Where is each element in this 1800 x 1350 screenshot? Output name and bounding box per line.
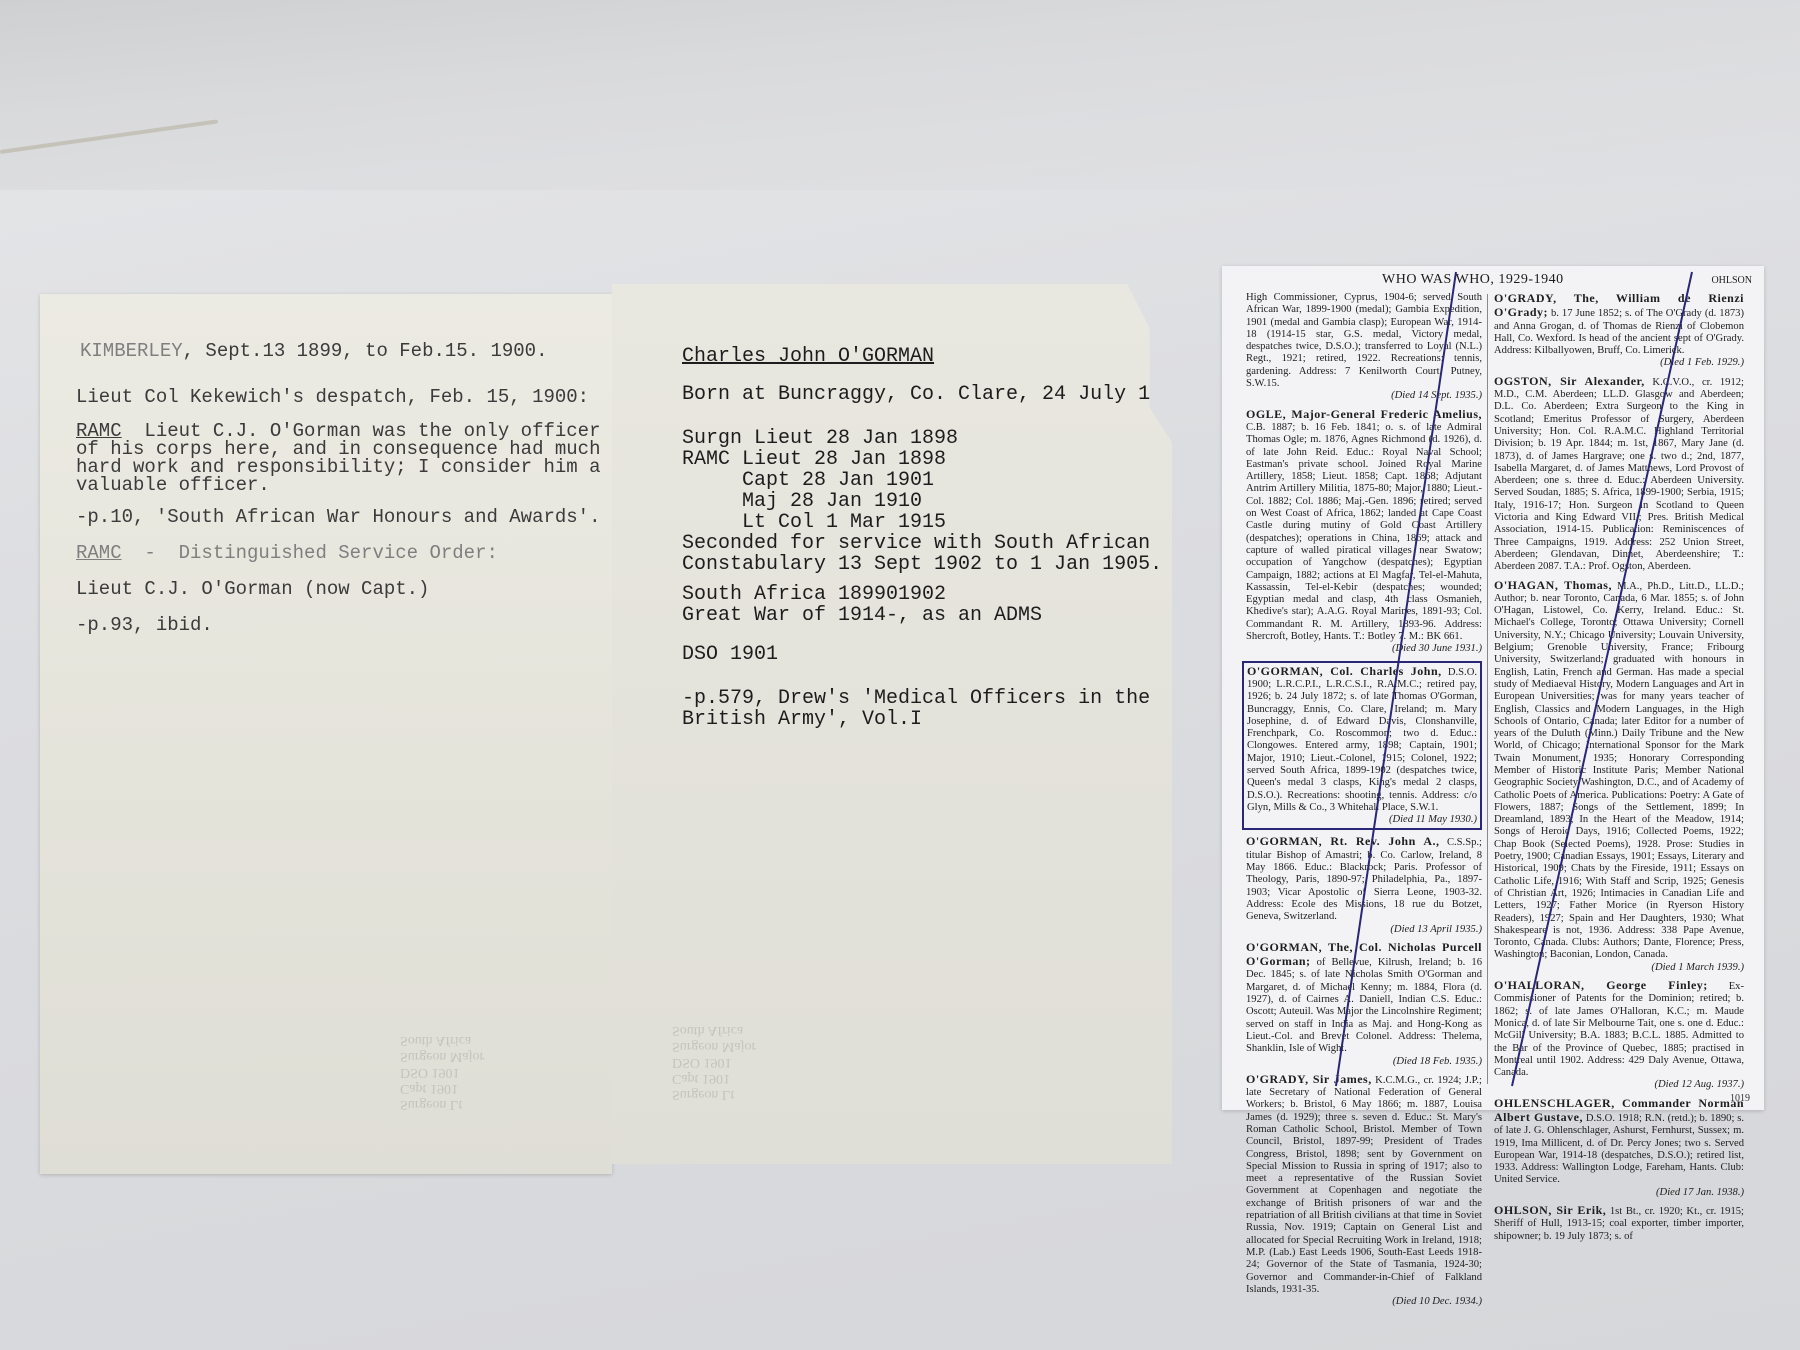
- show-through-line: South Africa: [672, 1023, 743, 1038]
- entry-body: High Commissioner, Cyprus, 1904-6; serve…: [1246, 292, 1482, 389]
- dictionary-entry: OGSTON, Sir Alexander, K.C.V.O., cr. 191…: [1494, 375, 1744, 574]
- entry-death-date: (Died 11 May 1930.): [1247, 814, 1477, 826]
- kimberley-heading: KIMBERLEY, Sept.13 1899, to Feb.15. 1900…: [80, 342, 547, 361]
- entry-body: C.B. 1887; b. 16 Feb. 1841; o. s. of lat…: [1246, 422, 1482, 642]
- award-corps: RAMC: [76, 542, 122, 564]
- show-through-line: Surgeon Lt: [672, 1087, 734, 1102]
- entry-death-date: (Died 1 Feb. 1929.): [1494, 357, 1744, 369]
- show-through-line: DSO 1901: [400, 1065, 460, 1080]
- entry-headword: O'GORMAN, Rt. Rev. John A.,: [1246, 834, 1440, 848]
- service-line: Lt Col 1 Mar 1915: [682, 511, 946, 534]
- citation-line: -p.579, Drew's 'Medical Officers in the: [682, 687, 1150, 710]
- dictionary-entry: O'GRADY, The, William de Rienzi O'Grady;…: [1494, 292, 1744, 370]
- dictionary-entry: OGLE, Major-General Frederic Amelius, C.…: [1246, 408, 1482, 656]
- dictionary-entry: O'GORMAN, Rt. Rev. John A., C.S.Sp.; tit…: [1246, 835, 1482, 935]
- entry-body: M.A., Ph.D., Litt.D., LL.D.; Author; b. …: [1494, 581, 1744, 961]
- campaign-line: South Africa 189901902: [682, 583, 946, 606]
- entry-death-date: (Died 18 Feb. 1935.): [1246, 1056, 1482, 1068]
- entry-body: K.C.V.O., cr. 1912; M.D., C.M. Aberdeen;…: [1494, 377, 1744, 572]
- show-through-line: Surgeon Major: [400, 1049, 484, 1064]
- quote-line: valuable officer.: [76, 474, 270, 496]
- running-head: WHO WAS WHO, 1929-1940 OHLSON: [1222, 272, 1764, 292]
- entry-body: of Bellevue, Kilrush, Ireland; b. 16 Dec…: [1246, 957, 1482, 1054]
- entry-death-date: (Died 13 April 1935.): [1246, 924, 1482, 936]
- who-was-who-page: WHO WAS WHO, 1929-1940 OHLSON High Commi…: [1222, 266, 1764, 1110]
- show-through-line: Surgeon Lt: [400, 1097, 462, 1112]
- dictionary-entry: O'HAGAN, Thomas, M.A., Ph.D., Litt.D., L…: [1494, 579, 1744, 975]
- entry-headword: O'HAGAN, Thomas,: [1494, 578, 1612, 592]
- dictionary-entry: OHLSON, Sir Erik, 1st Bt., cr. 1920; Kt.…: [1494, 1204, 1744, 1243]
- entry-headword: O'HALLORAN, George Finley;: [1494, 978, 1708, 992]
- show-through-line: Capt 1901: [400, 1081, 458, 1096]
- entry-body: K.C.M.G., cr. 1924; J.P.; late Secretary…: [1246, 1075, 1482, 1295]
- entry-headword: O'GORMAN, Col. Charles John,: [1247, 664, 1442, 678]
- drew-citation: -p.579, Drew's 'Medical Officers in the …: [682, 688, 1150, 730]
- entry-headword: OHLSON, Sir Erik,: [1494, 1203, 1606, 1217]
- left-column: High Commissioner, Cyprus, 1904-6; serve…: [1246, 292, 1482, 1313]
- citation-honours: -p.10, 'South African War Honours and Aw…: [76, 508, 601, 527]
- campaigns: South Africa 189901902 Great War of 1914…: [682, 584, 1042, 626]
- show-through-text: Surgeon Lt Capt 1901 DSO 1901 Surgeon Ma…: [400, 1032, 484, 1112]
- service-line: RAMC Lieut 28 Jan 1898: [682, 448, 946, 471]
- citation-ibid: -p.93, ibid.: [76, 616, 213, 635]
- entry-death-date: (Died 14 Sept. 1935.): [1246, 390, 1482, 402]
- entry-body: D.S.O. 1900; L.R.C.P.I., L.R.C.S.I., R.A…: [1247, 667, 1477, 813]
- heading-place: KIMBERLEY: [80, 340, 183, 362]
- show-through-line: South Africa: [400, 1033, 471, 1048]
- dictionary-entry: OHLENSCHLAGER, Commander Norman Albert G…: [1494, 1097, 1744, 1199]
- entry-death-date: (Died 30 June 1931.): [1246, 643, 1482, 655]
- entry-headword: O'GRADY, Sir James,: [1246, 1072, 1372, 1086]
- award-name: Lieut C.J. O'Gorman (now Capt.): [76, 580, 429, 599]
- award-line: RAMC - Distinguished Service Order:: [76, 544, 498, 563]
- service-line: Maj 28 Jan 1910: [682, 490, 922, 513]
- entry-body: Ex-Commissioner of Patents for the Domin…: [1494, 981, 1744, 1078]
- service-line: Surgn Lieut 28 Jan 1898: [682, 427, 958, 450]
- service-line: Capt 28 Jan 1901: [682, 469, 934, 492]
- page-number: 1019: [1730, 1093, 1750, 1104]
- despatch-line: Lieut Col Kekewich's despatch, Feb. 15, …: [76, 388, 589, 407]
- service-line: Constabulary 13 Sept 1902 to 1 Jan 1905.: [682, 553, 1162, 576]
- citation-line: British Army', Vol.I: [682, 708, 922, 731]
- show-through-line: Capt 1901: [672, 1071, 730, 1086]
- dictionary-entry: O'GRADY, Sir James, K.C.M.G., cr. 1924; …: [1246, 1073, 1482, 1309]
- entry-death-date: (Died 1 March 1939.): [1494, 962, 1744, 974]
- entry-body: C.S.Sp.; titular Bishop of Amastri; b. C…: [1246, 837, 1482, 922]
- award-text: - Distinguished Service Order:: [122, 542, 498, 564]
- typed-sheet-kimberley: KIMBERLEY, Sept.13 1899, to Feb.15. 1900…: [40, 294, 612, 1174]
- entry-headword: OGSTON, Sir Alexander,: [1494, 374, 1645, 388]
- campaign-line: Great War of 1914-, as an ADMS: [682, 604, 1042, 627]
- entry-death-date: (Died 17 Jan. 1938.): [1494, 1187, 1744, 1199]
- heading-dates: , Sept.13 1899, to Feb.15. 1900.: [183, 340, 548, 362]
- officer-name: Charles John O'GORMAN: [682, 346, 934, 367]
- show-through-text: Surgeon Lt Capt 1901 DSO 1901 Surgeon Ma…: [672, 1022, 756, 1102]
- running-head-corner: OHLSON: [1711, 275, 1752, 286]
- show-through-line: Surgeon Major: [672, 1039, 756, 1054]
- despatch-quote: RAMC Lieut C.J. O'Gorman was the only of…: [76, 422, 658, 494]
- entry-death-date: (Died 10 Dec. 1934.): [1246, 1296, 1482, 1308]
- service-record: Surgn Lieut 28 Jan 1898 RAMC Lieut 28 Ja…: [682, 428, 1162, 575]
- entry-headword: OGLE, Major-General Frederic Amelius,: [1246, 407, 1482, 421]
- table-surface-shadow: [0, 0, 1800, 190]
- highlighted-entry: O'GORMAN, Col. Charles John, D.S.O. 1900…: [1242, 661, 1482, 831]
- birth-line: Born at Buncraggy, Co. Clare, 24 July 18…: [682, 384, 1186, 405]
- dictionary-entry: O'HALLORAN, George Finley; Ex-Commission…: [1494, 979, 1744, 1092]
- column-rule: [1487, 294, 1488, 1084]
- running-head-title: WHO WAS WHO, 1929-1940: [1382, 272, 1564, 288]
- typed-sheet-service-record: Charles John O'GORMAN Born at Buncraggy,…: [612, 284, 1172, 1164]
- dictionary-entry: High Commissioner, Cyprus, 1904-6; serve…: [1246, 292, 1482, 403]
- dso-line: DSO 1901: [682, 644, 778, 665]
- service-line: Seconded for service with South African: [682, 532, 1150, 555]
- right-column: O'GRADY, The, William de Rienzi O'Grady;…: [1494, 292, 1744, 1248]
- entry-death-date: (Died 12 Aug. 1937.): [1494, 1079, 1744, 1091]
- dictionary-entry: O'GORMAN, The, Col. Nicholas Purcell O'G…: [1246, 941, 1482, 1068]
- show-through-line: DSO 1901: [672, 1055, 732, 1070]
